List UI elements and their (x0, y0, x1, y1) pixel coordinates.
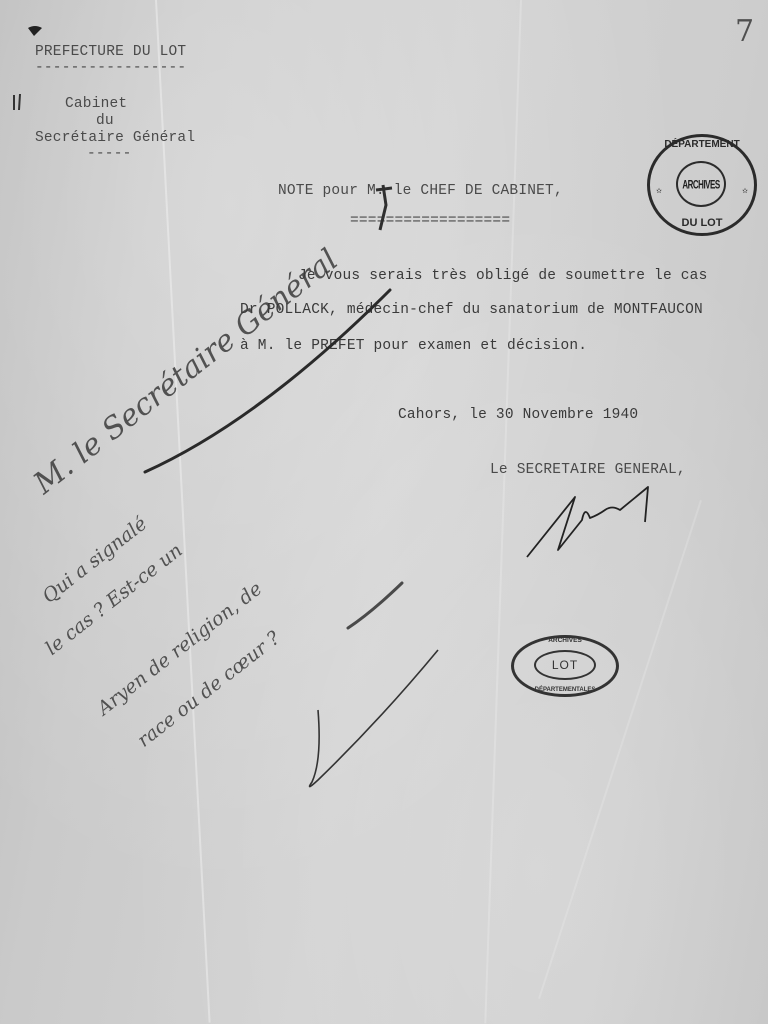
pencil-underline (348, 583, 402, 628)
initial-stroke (310, 650, 438, 787)
ink-blot (28, 26, 42, 36)
ink-marks (14, 94, 20, 110)
pencil-stroke (376, 185, 392, 230)
signature (527, 487, 648, 557)
pencil-stroke (145, 290, 390, 472)
pencil-marks (0, 0, 768, 1024)
